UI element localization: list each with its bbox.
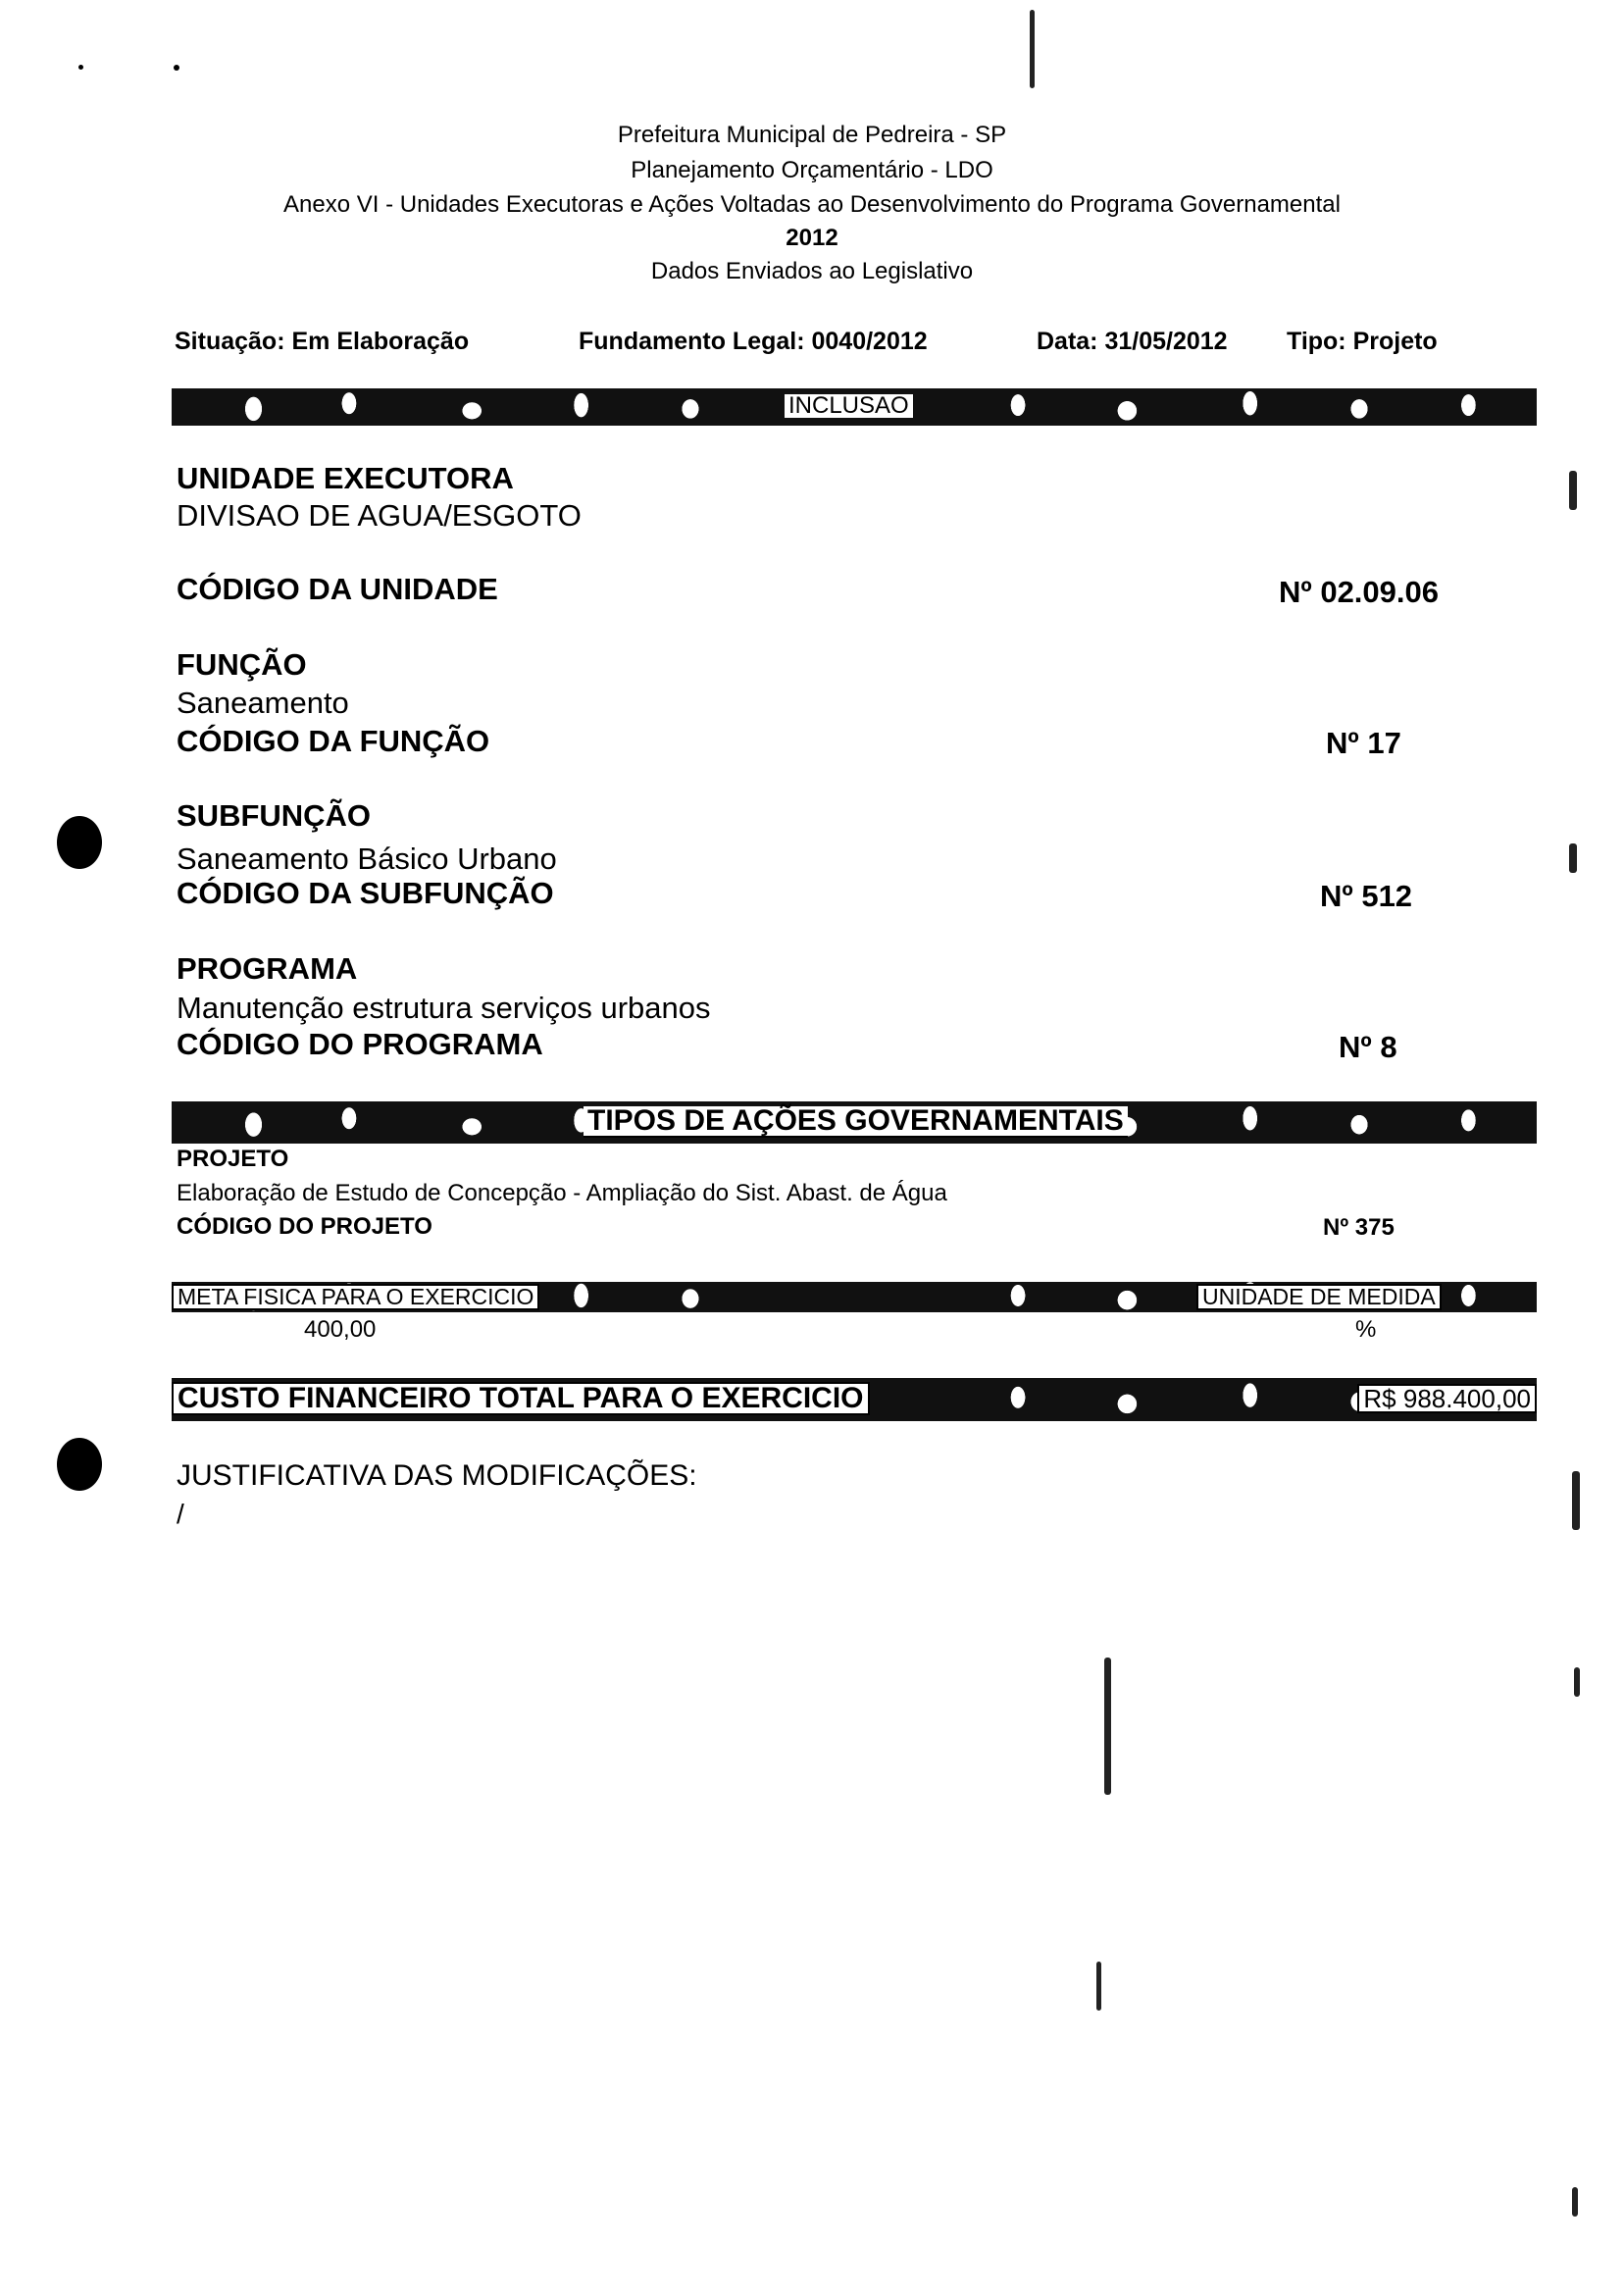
programa-code-label: CÓDIGO DO PROGRAMA	[177, 1027, 543, 1062]
programa-heading: PROGRAMA	[177, 951, 357, 987]
unidade-value: DIVISAO DE AGUA/ESGOTO	[177, 498, 582, 534]
punch-hole-mark	[57, 1438, 102, 1491]
meta-fisica-bar: META FISICA PARA O EXERCICIO UNIDADE DE …	[172, 1282, 1537, 1312]
scan-speck	[1569, 471, 1577, 510]
scan-speck	[78, 65, 83, 70]
funcao-code-value: Nº 17	[1326, 726, 1401, 761]
scan-speck	[1096, 1962, 1101, 2011]
programa-value: Manutenção estrutura serviços urbanos	[177, 991, 711, 1026]
header-planning: Planejamento Orçamentário - LDO	[0, 157, 1624, 184]
justificativa-heading: JUSTIFICATIVA DAS MODIFICAÇÕES:	[177, 1459, 697, 1493]
projeto-heading: PROJETO	[177, 1146, 288, 1173]
projeto-value: Elaboração de Estudo de Concepção - Ampl…	[177, 1180, 947, 1207]
subfuncao-heading: SUBFUNÇÃO	[177, 798, 371, 834]
scan-speck	[1569, 843, 1577, 873]
funcao-code-label: CÓDIGO DA FUNÇÃO	[177, 724, 489, 759]
meta-fisica-value: 400,00	[304, 1316, 376, 1344]
funcao-heading: FUNÇÃO	[177, 647, 307, 683]
header-year: 2012	[0, 225, 1624, 252]
programa-code-value: Nº 8	[1339, 1030, 1397, 1065]
unidade-medida-label: UNIDADE DE MEDIDA	[1196, 1284, 1442, 1310]
custo-financeiro-value: R$ 988.400,00	[1357, 1384, 1537, 1413]
punch-hole-mark	[57, 816, 102, 869]
scan-speck	[1574, 1667, 1580, 1697]
status-situacao: Situação: Em Elaboração	[175, 328, 469, 356]
scan-speck	[1572, 2187, 1578, 2217]
inclusao-label: INCLUSAO	[785, 394, 913, 418]
unidade-code-value: Nº 02.09.06	[1279, 575, 1439, 610]
header-subtitle: Dados Enviados ao Legislativo	[0, 258, 1624, 285]
subfuncao-value: Saneamento Básico Urbano	[177, 842, 557, 877]
unidade-heading: UNIDADE EXECUTORA	[177, 461, 514, 496]
subfuncao-code-value: Nº 512	[1320, 879, 1412, 914]
scan-speck	[1030, 10, 1035, 88]
inclusao-bar: INCLUSAO	[172, 388, 1537, 426]
custo-financeiro-label: CUSTO FINANCEIRO TOTAL PARA O EXERCICIO	[172, 1382, 870, 1415]
unidade-code-label: CÓDIGO DA UNIDADE	[177, 572, 498, 607]
header-municipality: Prefeitura Municipal de Pedreira - SP	[0, 122, 1624, 149]
scan-speck	[174, 65, 179, 71]
custo-financeiro-bar: CUSTO FINANCEIRO TOTAL PARA O EXERCICIO …	[172, 1378, 1537, 1421]
status-fundamento-legal: Fundamento Legal: 0040/2012	[579, 328, 928, 356]
header-annex-title: Anexo VI - Unidades Executoras e Ações V…	[0, 191, 1624, 219]
justificativa-value: /	[177, 1499, 184, 1530]
subfuncao-code-label: CÓDIGO DA SUBFUNÇÃO	[177, 876, 554, 911]
status-data: Data: 31/05/2012	[1037, 328, 1228, 356]
scan-speck	[1104, 1658, 1111, 1795]
funcao-value: Saneamento	[177, 686, 349, 721]
unidade-medida-value: %	[1355, 1316, 1376, 1344]
tipos-acoes-label: TIPOS DE AÇÕES GOVERNAMENTAIS	[584, 1106, 1128, 1138]
meta-fisica-label: META FISICA PARA O EXERCICIO	[172, 1284, 539, 1310]
projeto-code-value: Nº 375	[1323, 1214, 1395, 1242]
scan-speck	[1572, 1471, 1580, 1530]
projeto-code-label: CÓDIGO DO PROJETO	[177, 1213, 432, 1241]
status-tipo: Tipo: Projeto	[1287, 328, 1438, 356]
tipos-acoes-bar: TIPOS DE AÇÕES GOVERNAMENTAIS	[172, 1101, 1537, 1144]
